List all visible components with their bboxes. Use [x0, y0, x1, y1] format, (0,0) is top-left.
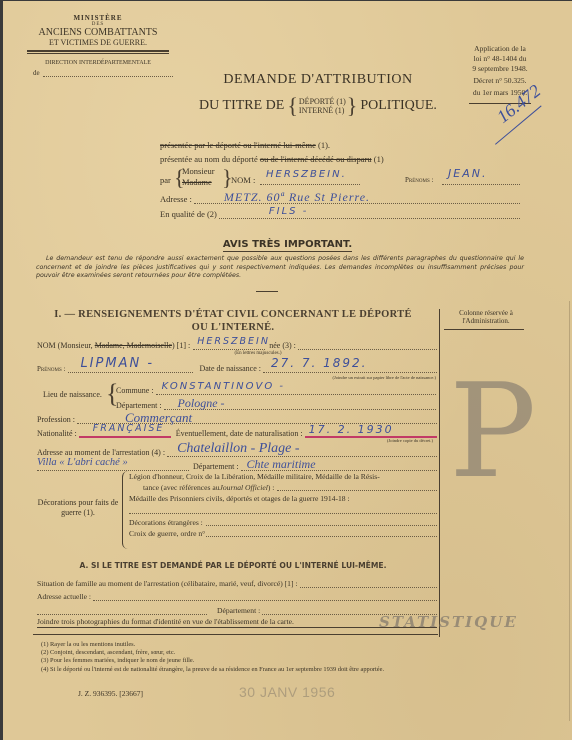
applicant-address-row: Adresse : METZ. 60ª Rue St Pierre.: [160, 190, 520, 204]
profession-field[interactable]: Commerçant: [77, 410, 437, 424]
sectionA-title: A. SI LE TITRE EST DEMANDÉ PAR LE DÉPORT…: [33, 561, 433, 570]
decor-foreign-field[interactable]: [206, 517, 437, 526]
section1-prenoms-field[interactable]: LIPMAN -: [68, 356, 193, 373]
decor-line3: Médaille des Prisonniers civils, déporté…: [129, 493, 437, 504]
sectionA-situation-row: Situation de famille au moment de l'arre…: [37, 578, 437, 588]
applicant-address-field[interactable]: METZ. 60ª Rue St Pierre.: [194, 190, 520, 204]
applicant-prenoms-field[interactable]: JEAN.: [442, 167, 520, 185]
nationality-field[interactable]: FRANÇAISE: [79, 423, 171, 438]
profession-row: Profession : Commerçant: [37, 410, 437, 424]
footnote-3: (3) Pour les femmes mariées, indiquer le…: [41, 657, 441, 665]
section1-nom-field[interactable]: HERSZBEIN: [193, 336, 265, 350]
sectionA-dept-row: Département :: [37, 605, 437, 615]
admin-column-divider: [439, 309, 440, 637]
arrest-address-row2: Villa « L'abri caché » Département : Cht…: [37, 457, 437, 471]
birthplace-commune-field[interactable]: KONSTANTINOVO -: [156, 381, 436, 395]
notice-title-wrap: AVIS TRÈS IMPORTANT.: [3, 234, 572, 252]
document-page: MINISTÈRE DES ANCIENS COMBATTANTS ET VIC…: [3, 1, 572, 740]
decorations-label: Décorations pour faits de guerre (1).: [33, 498, 123, 518]
arrest-dept-field[interactable]: Chte maritime: [241, 457, 437, 471]
naturalisation-date-field[interactable]: 17. 2. 1930: [305, 423, 437, 438]
direction-label: DIRECTION INTERDÉPARTEMENTALE: [23, 60, 173, 66]
decor-legion-field[interactable]: [277, 482, 437, 491]
notice-body: Le demandeur est tenu de répondre aussi …: [36, 255, 524, 281]
birthplace-label: Lieu de naissance.: [43, 390, 102, 399]
printer-reference: J. Z. 936395. [23667]: [78, 689, 143, 698]
notice-title: AVIS TRÈS IMPORTANT.: [223, 239, 352, 252]
ministry-line1: MINISTÈRE: [23, 14, 173, 22]
section1-dob-field[interactable]: 27. 7. 1892.: [263, 356, 437, 373]
statistique-stamp: STATISTIQUE: [379, 613, 518, 631]
admin-stamp-p: P: [449, 366, 536, 496]
ministry-divider: [27, 50, 169, 54]
applicant-name-row: par { Monsieur Madame } NOM : HERSZBEIN.…: [160, 165, 520, 193]
section1-nom-row: NOM (Monsieur, Madame, Mademoiselle) [1]…: [37, 336, 437, 350]
presented-by-self: présentée par le déporté ou l'interné lu…: [160, 140, 330, 150]
direction-de-field: de: [33, 69, 173, 77]
section1-title: I. — RENSEIGNEMENTS D'ÉTAT CIVIL CONCERN…: [33, 308, 433, 334]
decor-medaille-field[interactable]: [129, 504, 437, 514]
title-option-deporte: DÉPORTÉ (1): [299, 97, 346, 106]
birthplace-dept-row: Département : Pologne -: [116, 396, 436, 410]
decor-line1: Légion d'honneur, Croix de la Libération…: [129, 471, 437, 482]
decor-croix-field[interactable]: [206, 528, 437, 537]
footnote-2: (2) Conjoint, descendant, ascendant, frè…: [41, 649, 441, 657]
arrest-address-field[interactable]: Chatelaillon - Plage -: [167, 441, 437, 457]
date-stamp: 30 JANV 1956: [239, 684, 335, 700]
footnote-1: (1) Rayer la ou les mentions inutiles.: [41, 641, 441, 649]
birthplace-dept-field[interactable]: Pologne -: [164, 396, 436, 410]
decorations-block: Légion d'honneur, Croix de la Libération…: [129, 471, 437, 539]
sectionA-address-row: Adresse actuelle :: [37, 591, 437, 601]
title-madame: Madame: [182, 177, 212, 187]
decorations-brace: [122, 471, 129, 549]
section1-prenoms-row: Prénoms : LIPMAN - Date de naissance : 2…: [37, 357, 437, 373]
ministry-line4: ET VICTIMES DE GUERRE.: [23, 38, 173, 47]
dob-hint: (Joindre un extrait sur papier libre de …: [278, 375, 436, 380]
applicant-qualite-field[interactable]: FILS -: [219, 206, 520, 219]
arrest-address-row: Adresse au moment de l'arrestation (4) :…: [37, 441, 437, 457]
applicant-qualite-row: En qualité de (2) FILS -: [160, 206, 520, 219]
form-title: DEMANDE D'ATTRIBUTION: [198, 72, 438, 88]
title-monsieur: Monsieur: [182, 166, 215, 176]
sectionA-situation-field[interactable]: [300, 578, 437, 588]
photos-note: Joindre trois photographies du format d'…: [37, 617, 437, 628]
sectionA-address-field[interactable]: [93, 591, 437, 601]
arrest-address-line2[interactable]: Villa « L'abri caché »: [37, 457, 189, 471]
ministry-line3: ANCIENS COMBATTANTS: [23, 27, 173, 38]
admin-column-header: Colonne réservée à l'Administration.: [446, 309, 526, 325]
applicant-nom-field[interactable]: HERSZBEIN.: [260, 169, 360, 185]
footnotes: (1) Rayer la ou les mentions inutiles. (…: [41, 641, 441, 674]
nationality-row: Nationalité : FRANÇAISE Éventuellement, …: [37, 423, 437, 438]
presented-on-behalf: présentée au nom du déporté ou de l'inte…: [160, 154, 384, 164]
section1-nee-field[interactable]: [298, 339, 437, 350]
footnote-4: (4) Si le déporté ou l'interné est de na…: [41, 666, 441, 674]
form-subtitle: DU TITRE DE { DÉPORTÉ (1) INTERNÉ (1) } …: [183, 95, 453, 117]
birthplace-commune-row: Commune : KONSTANTINOVO -: [116, 381, 436, 395]
ministry-block: MINISTÈRE DES ANCIENS COMBATTANTS ET VIC…: [23, 14, 173, 77]
title-option-interne: INTERNÉ (1): [299, 106, 346, 115]
